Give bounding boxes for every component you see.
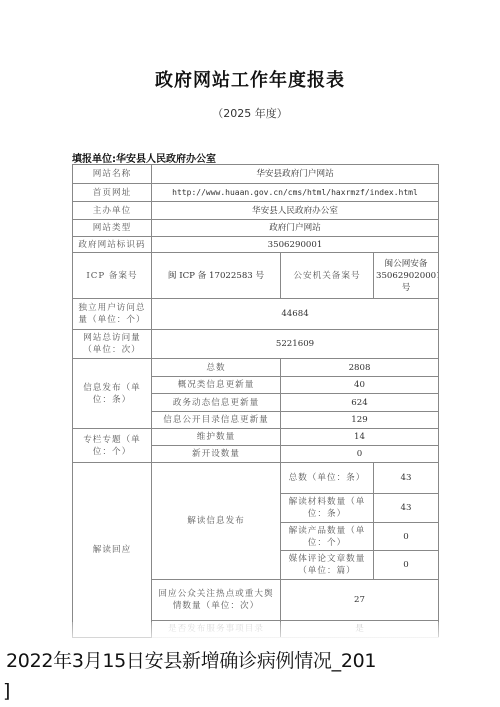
unique-visitors-value: 44684	[152, 299, 439, 330]
table-row: 信息发布（单位：条） 总数 2808	[73, 359, 439, 377]
interp-media-value: 0	[374, 551, 439, 580]
icp-label: ICP 备案号	[73, 253, 152, 299]
service-catalog-value: 是	[281, 621, 439, 638]
table-row: 专栏专题（单位：个） 维护数量 14	[73, 429, 439, 446]
interp-product-label: 解读产品数量（单位：个）	[281, 523, 374, 551]
affairs-update-value: 624	[281, 394, 439, 412]
table-row: 独立用户访问总量（单位：个） 44684	[73, 299, 439, 330]
interpretation-publish-label: 解读信息发布	[152, 463, 281, 580]
columns-label: 专栏专题（单位：个）	[73, 429, 152, 463]
interp-product-value: 0	[374, 523, 439, 551]
maintained-label: 维护数量	[152, 429, 281, 446]
police-record-label: 公安机关备案号	[281, 253, 374, 299]
new-columns-value: 0	[281, 446, 439, 463]
site-name-value: 华安县政府门户网站	[152, 165, 439, 184]
interp-total-label: 总数（单位：条）	[281, 463, 374, 494]
icp-value: 闽 ICP 备 17022583 号	[152, 253, 281, 299]
table-row: 首页网址 http://www.huaan.gov.cn/cms/html/ha…	[73, 184, 439, 202]
table-row: 政府网站标识码 3506290001	[73, 237, 439, 253]
site-name-label: 网站名称	[73, 165, 152, 184]
info-total-label: 总数	[152, 359, 281, 377]
info-publish-label: 信息发布（单位：条）	[73, 359, 152, 429]
total-visits-label: 网站总访问量（单位：次）	[73, 330, 152, 359]
overview-update-label: 概况类信息更新量	[152, 377, 281, 394]
affairs-update-label: 政务动态信息更新量	[152, 394, 281, 412]
interp-material-label: 解读材料数量（单位：条）	[281, 494, 374, 523]
table-row: ICP 备案号 闽 ICP 备 17022583 号 公安机关备案号 闽公网安备…	[73, 253, 439, 299]
table-row: 网站名称 华安县政府门户网站	[73, 165, 439, 184]
overview-update-value: 40	[281, 377, 439, 394]
homepage-label: 首页网址	[73, 184, 152, 202]
new-columns-label: 新开设数量	[152, 446, 281, 463]
table-row: 解读回应 解读信息发布 总数（单位：条） 43	[73, 463, 439, 494]
total-visits-value: 5221609	[152, 330, 439, 359]
info-total-value: 2808	[281, 359, 439, 377]
table-row: 网站类型 政府门户网站	[73, 220, 439, 237]
interp-material-value: 43	[374, 494, 439, 523]
site-type-value: 政府门户网站	[152, 220, 439, 237]
unique-visitors-label: 独立用户访问总量（单位：个）	[73, 299, 152, 330]
site-type-label: 网站类型	[73, 220, 152, 237]
article-caption[interactable]: 2022年3月15日安县新增确诊病例情况_201	[6, 646, 376, 673]
document-year: （2025 年度）	[0, 105, 500, 121]
site-id-value: 3506290001	[152, 237, 439, 253]
disclosure-update-value: 129	[281, 412, 439, 429]
service-catalog-label: 是否发布服务事项目录	[152, 621, 281, 638]
table-row: 网站总访问量（单位：次） 5221609	[73, 330, 439, 359]
interp-total-value: 43	[374, 463, 439, 494]
table-row: 主办单位 华安县人民政府办公室	[73, 202, 439, 220]
report-table: 网站名称 华安县政府门户网站 首页网址 http://www.huaan.gov…	[72, 164, 439, 638]
interp-media-label: 媒体评论文章数量（单位：篇）	[281, 551, 374, 580]
caption-tail: ]	[3, 680, 10, 702]
filler-unit: 填报单位:华安县人民政府办公室	[72, 150, 216, 165]
site-id-label: 政府网站标识码	[73, 237, 152, 253]
interpretation-label: 解读回应	[73, 463, 152, 638]
homepage-url: http://www.huaan.gov.cn/cms/html/haxrmzf…	[152, 184, 439, 202]
sponsor-value: 华安县人民政府办公室	[152, 202, 439, 220]
sponsor-label: 主办单位	[73, 202, 152, 220]
document-title: 政府网站工作年度报表	[0, 66, 500, 92]
police-record-value: 闽公网安备 35062902000103 号	[374, 253, 439, 299]
maintained-value: 14	[281, 429, 439, 446]
response-value: 27	[281, 580, 439, 621]
response-label: 回应公众关注热点或重大舆情数量（单位：次）	[152, 580, 281, 621]
disclosure-update-label: 信息公开目录信息更新量	[152, 412, 281, 429]
